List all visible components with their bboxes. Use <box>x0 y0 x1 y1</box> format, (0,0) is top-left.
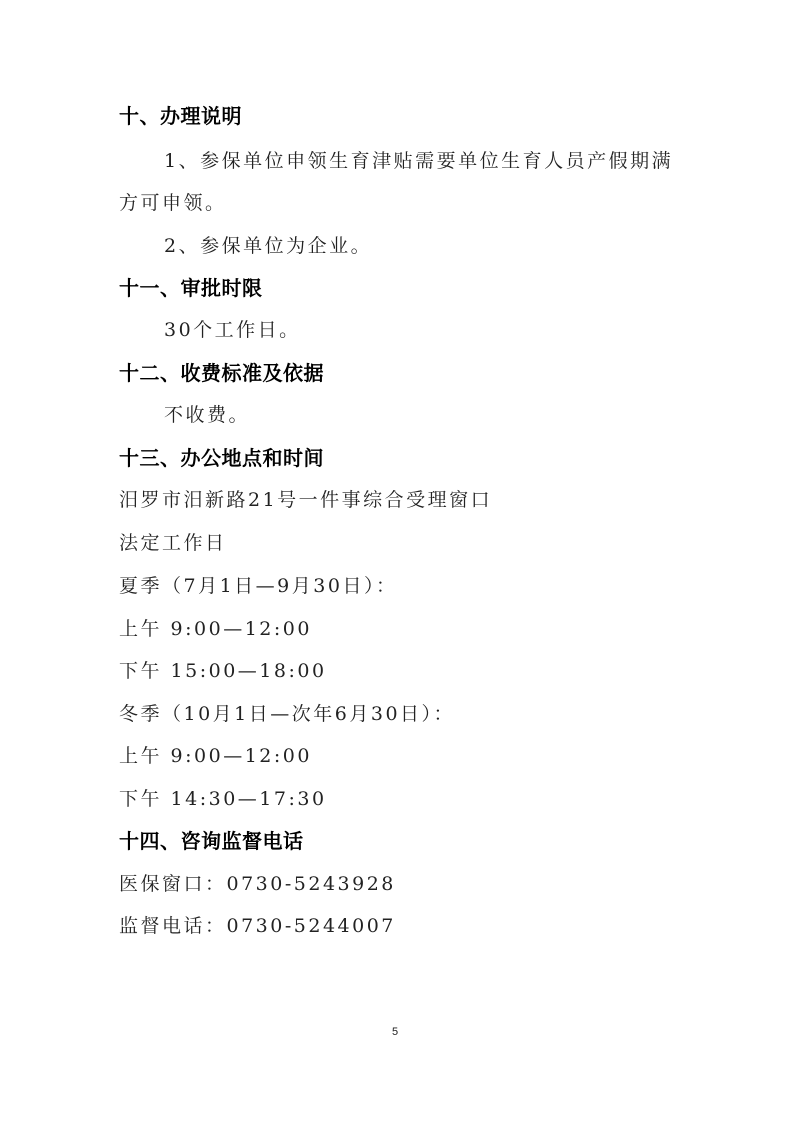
section-heading-10: 十、办理说明 <box>119 104 242 128</box>
winter-afternoon-hours: 下午 14:30—17:30 <box>119 787 327 811</box>
summer-afternoon-hours: 下午 15:00—18:00 <box>119 659 327 683</box>
winter-morning-hours: 上午 9:00—12:00 <box>119 744 312 768</box>
page-number: 5 <box>392 1026 398 1038</box>
section-heading-12: 十二、收费标准及依据 <box>119 361 324 385</box>
supervision-phone: 监督电话：0730-5244007 <box>119 914 396 938</box>
section-heading-11: 十一、审批时限 <box>119 276 263 300</box>
working-days: 法定工作日 <box>119 531 227 555</box>
winter-season-label: 冬季（10月1日—次年6月30日）： <box>119 702 455 726</box>
summer-season-label: 夏季（7月1日—9月30日）： <box>119 574 397 598</box>
section-11-line-1: 30个工作日。 <box>164 318 301 342</box>
office-address: 汨罗市汨新路21号一件事综合受理窗口 <box>119 488 492 512</box>
section-10-line-2: 方可申领。 <box>119 191 227 215</box>
summer-morning-hours: 上午 9:00—12:00 <box>119 617 312 641</box>
insurance-window-phone: 医保窗口：0730-5243928 <box>119 872 396 896</box>
section-heading-14: 十四、咨询监督电话 <box>119 829 304 853</box>
section-10-line-1: 1、参保单位申领生育津贴需要单位生育人员产假期满 <box>164 149 673 173</box>
section-heading-13: 十三、办公地点和时间 <box>119 446 324 470</box>
section-10-line-3: 2、参保单位为企业。 <box>164 234 372 258</box>
section-12-line-1: 不收费。 <box>164 403 250 427</box>
